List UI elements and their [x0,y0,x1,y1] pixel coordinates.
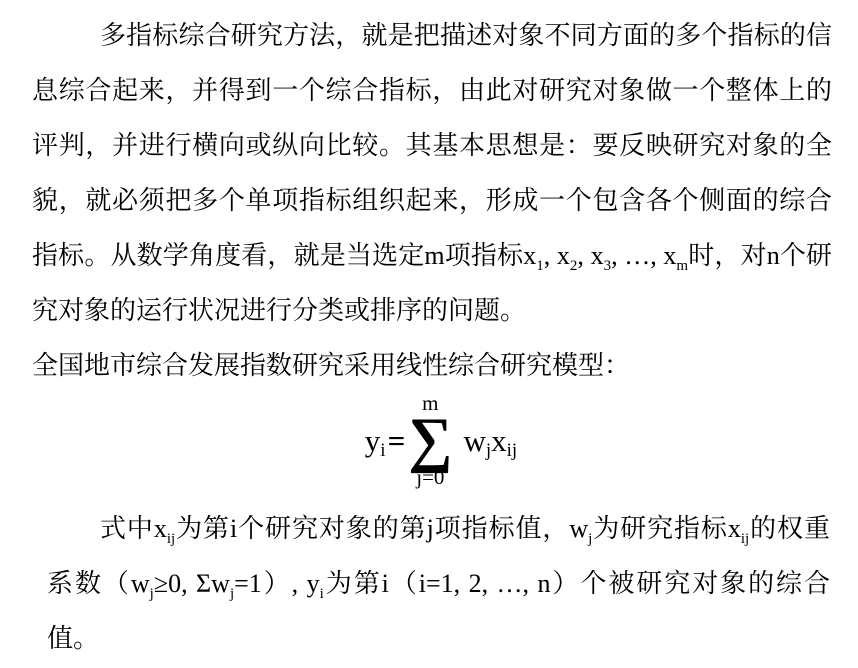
formula: yi= m ∑ j=0 wjxij [0,392,858,489]
text-run: w [569,514,588,543]
subscript: ij [741,531,749,547]
text-line: 貌，就必须把多个单项指标组织起来，形成一个包含各个侧面的综合 [32,173,832,228]
text-run: 指标。从数学角度看，就是当选定m项指标 [32,241,523,270]
text-run: 究对象的运行状况进行分类或排序的问题。 [32,296,526,325]
text-run: 全国地市综合发展指数研究采用线性综合研究模型： [32,351,630,380]
formula-rhs: wjxij [463,425,517,456]
text-run: x [663,241,676,270]
text-run: x [728,514,741,543]
text-line: 值。 [47,611,830,666]
text-run: 息综合起来，并得到一个综合指标，由此对研究对象做一个整体上的 [32,76,832,105]
text-run: 多指标综合研究方法，就是把描述对象不同方面的多个指标的信 [100,21,832,50]
subscript: 1 [536,258,544,274]
text-run: 貌，就必须把多个单项指标组织起来，形成一个包含各个侧面的综合 [32,186,832,215]
subscript: ij [167,531,175,547]
text-run: x [557,241,570,270]
text-run: y [307,569,320,598]
formula-lhs-subscript: i [380,440,385,461]
summation-lower-limit: j=0 [416,466,444,489]
text-line: 多指标综合研究方法，就是把描述对象不同方面的多个指标的信 [32,8,832,63]
subscript: j [588,531,592,547]
formula-lhs: yi= [365,425,405,456]
formula-term-x-base: x [491,423,507,458]
summation-sigma-symbol: ∑ [408,415,452,466]
text-run: , …, [611,241,663,270]
text-run: , [544,241,557,270]
text-run: w [131,569,150,598]
text-run: , [577,241,590,270]
subscript: j [230,586,234,602]
text-run: 为第i（i=1, 2, …, n）个被研究对象的综合 [324,569,830,598]
paragraph-formula-explanation: 式中xij为第i个研究对象的第j项指标值，wj为研究指标xij的权重系数（wj≥… [47,501,830,666]
text-line: 全国地市综合发展指数研究采用线性综合研究模型： [32,338,832,393]
formula-row: yi= m ∑ j=0 wjxij [365,392,517,489]
formula-term-w-base: w [463,423,485,458]
text-line: 系数（wj≥0, Σwj=1）, yi为第i（i=1, 2, …, n）个被研究… [47,556,830,611]
paragraph-model-lead-in: 全国地市综合发展指数研究采用线性综合研究模型： [32,338,832,393]
text-line: 评判，并进行横向或纵向比较。其基本思想是：要反映研究对象的全 [32,118,832,173]
text-run: 时，对n个研 [688,241,832,270]
summation-block: m ∑ j=0 [408,392,452,489]
text-run: 为研究指标 [592,514,728,543]
text-run: =1）, [234,569,307,598]
subscript: m [676,258,688,274]
document-page: 多指标综合研究方法，就是把描述对象不同方面的多个指标的信息综合起来，并得到一个综… [0,0,858,668]
text-line: 式中xij为第i个研究对象的第j项指标值，wj为研究指标xij的权重 [47,501,830,556]
subscript: i [320,586,324,602]
text-line: 指标。从数学角度看，就是当选定m项指标x1, x2, x3, …, xm时，对n… [32,228,832,283]
text-run: 为第i个研究对象的第j项指标值， [175,514,569,543]
text-run: 系数（ [47,569,131,598]
text-run: 评判，并进行横向或纵向比较。其基本思想是：要反映研究对象的全 [32,131,832,160]
text-run: 的权重 [749,514,830,543]
formula-term-w-subscript: j [486,440,491,461]
subscript: j [150,586,154,602]
text-run: 式中 [100,514,154,543]
subscript: 3 [604,258,612,274]
text-run: w [211,569,230,598]
text-run: x [591,241,604,270]
subscript: 2 [570,258,578,274]
formula-term-x-subscript: ij [507,440,518,461]
text-line: 究对象的运行状况进行分类或排序的问题。 [32,283,832,338]
text-line: 息综合起来，并得到一个综合指标，由此对研究对象做一个整体上的 [32,63,832,118]
text-run: ≥0, Σ [154,569,211,598]
text-run: x [154,514,167,543]
formula-lhs-base: y [365,423,381,458]
equals-sign: = [386,423,406,458]
text-run: x [523,241,536,270]
text-run: 值。 [47,624,99,653]
paragraph-method-intro: 多指标综合研究方法，就是把描述对象不同方面的多个指标的信息综合起来，并得到一个综… [32,8,832,338]
